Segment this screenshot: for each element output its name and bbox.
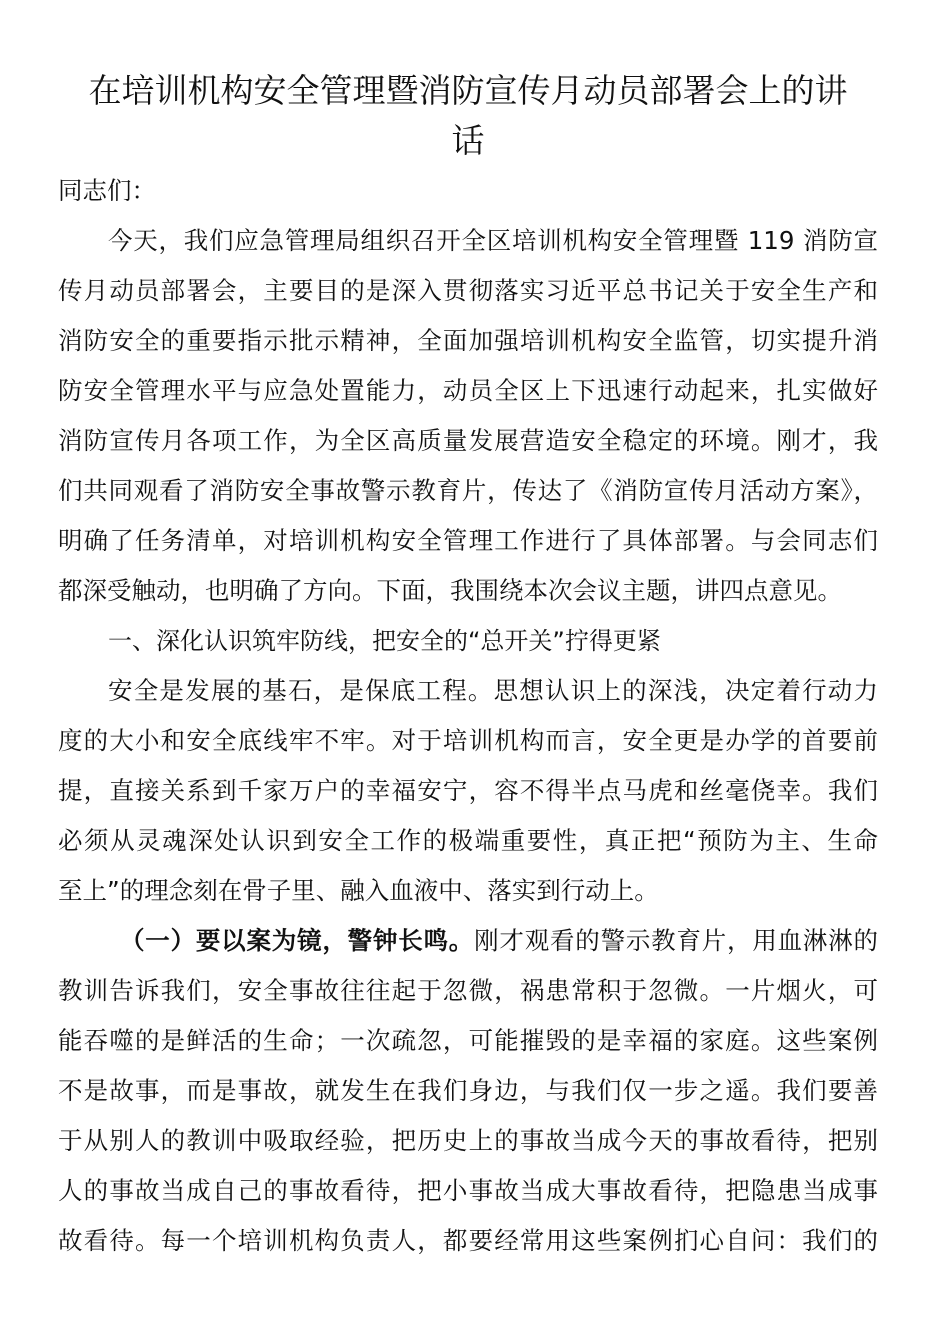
paragraph-line: 明确了任务清单，对培训机构安全管理工作进行了具体部署。与会同志们 (58, 516, 878, 566)
section-heading-1: 一、深化认识筑牢防线，把安全的“总开关”拧得更紧 (58, 616, 878, 666)
subsection-1-paragraph: （一）要以案为镜，警钟长鸣。刚才观看的警示教育片，用血淋淋的 教训告诉我们，安全… (58, 916, 878, 1266)
document-title: 在培训机构安全管理暨消防宣传月动员部署会上的讲 话 (48, 66, 888, 166)
paragraph-line: 消防宣传月各项工作，为全区高质量发展营造安全稳定的环境。刚才，我 (58, 416, 878, 466)
paragraph-line: （一）要以案为镜，警钟长鸣。刚才观看的警示教育片，用血淋淋的 (58, 916, 878, 966)
paragraph-line: 传月动员部署会，主要目的是深入贯彻落实习近平总书记关于安全生产和 (58, 266, 878, 316)
paragraph-line: 们共同观看了消防安全事故警示教育片，传达了《消防宣传月活动方案》， (58, 466, 878, 516)
paragraph-line: 人的事故当成自己的事故看待，把小事故当成大事故看待，把隐患当成事 (58, 1166, 878, 1216)
title-line-1: 在培训机构安全管理暨消防宣传月动员部署会上的讲 (48, 66, 888, 116)
paragraph-line: 都深受触动，也明确了方向。下面，我围绕本次会议主题，讲四点意见。 (58, 566, 878, 616)
paragraph-line: 教训告诉我们，安全事故往往起于忽微，祸患常积于忽微。一片烟火，可 (58, 966, 878, 1016)
paragraph-line: 防安全管理水平与应急处置能力，动员全区上下迅速行动起来，扎实做好 (58, 366, 878, 416)
salutation: 同志们： (58, 166, 878, 216)
paragraph-line: 不是故事，而是事故，就发生在我们身边，与我们仅一步之遥。我们要善 (58, 1066, 878, 1116)
paragraph-line: 能吞噬的是鲜活的生命；一次疏忽，可能摧毁的是幸福的家庭。这些案例 (58, 1016, 878, 1066)
paragraph-line: 安全是发展的基石，是保底工程。思想认识上的深浅，决定着行动力 (58, 666, 878, 716)
title-line-2: 话 (48, 116, 888, 166)
section-1-paragraph: 安全是发展的基石，是保底工程。思想认识上的深浅，决定着行动力 度的大小和安全底线… (58, 666, 878, 916)
paragraph-line: 消防安全的重要指示批示精神，全面加强培训机构安全监管，切实提升消 (58, 316, 878, 366)
paragraph-line: 于从别人的教训中吸取经验，把历史上的事故当成今天的事故看待，把别 (58, 1116, 878, 1166)
paragraph-line: 今天，我们应急管理局组织召开全区培训机构安全管理暨 119 消防宣 (58, 216, 878, 266)
paragraph-line: 必须从灵魂深处认识到安全工作的极端重要性，真正把“预防为主、生命 (58, 816, 878, 866)
intro-paragraph: 今天，我们应急管理局组织召开全区培训机构安全管理暨 119 消防宣 传月动员部署… (58, 216, 878, 616)
paragraph-line: 度的大小和安全底线牢不牢。对于培训机构而言，安全更是办学的首要前 (58, 716, 878, 766)
subsection-heading-1: （一）要以案为镜，警钟长鸣。 (120, 926, 474, 955)
document-page: 在培训机构安全管理暨消防宣传月动员部署会上的讲 话 同志们： 今天，我们应急管理… (58, 66, 878, 1266)
paragraph-line: 提，直接关系到千家万户的幸福安宁，容不得半点马虎和丝毫侥幸。我们 (58, 766, 878, 816)
subsection-text: 刚才观看的警示教育片，用血淋淋的 (474, 926, 878, 955)
paragraph-line: 故看待。每一个培训机构负责人，都要经常用这些案例扪心自问：我们的 (58, 1216, 878, 1266)
paragraph-line: 至上”的理念刻在骨子里、融入血液中、落实到行动上。 (58, 866, 878, 916)
